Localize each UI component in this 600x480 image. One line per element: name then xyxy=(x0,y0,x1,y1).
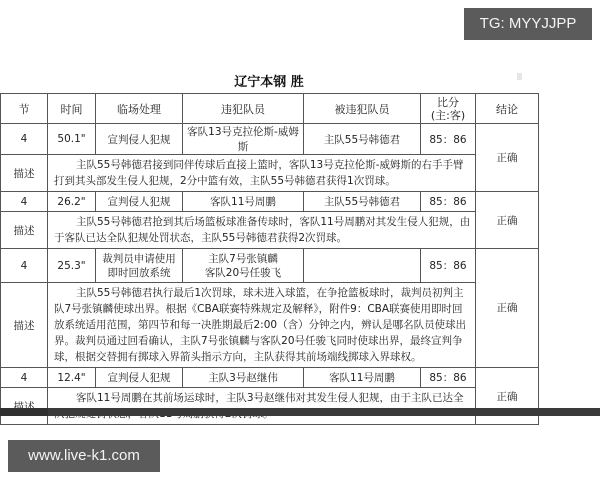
cell-verdict: 正确 xyxy=(476,249,539,368)
header-time: 时间 xyxy=(48,94,96,124)
cell-offender: 客队13号克拉伦斯-威姆斯 xyxy=(183,124,304,155)
cell-period: 4 xyxy=(1,249,48,283)
watermark-top-right: TG: MYYJJPP xyxy=(464,8,592,40)
description-row: 描述 主队55号韩德君接到同伴传球后直接上篮时，客队13号克拉伦斯-威姆斯的右手… xyxy=(1,155,539,192)
desc-text: 主队55号韩德君接到同伴传球后直接上篮时，客队13号克拉伦斯-威姆斯的右手手臂打… xyxy=(48,155,476,192)
description-row: 描述 主队55号韩德君执行最后1次罚球，球未进入球篮，在争抢篮板球时，裁判员初判… xyxy=(1,283,539,368)
cell-score: 85：86 xyxy=(421,249,476,283)
offender-line2: 客队20号任骏飞 xyxy=(205,267,281,279)
description-row: 描述 主队55号韩德君抢到其后场篮板球准备传球时，客队11号周鹏对其发生侵人犯规… xyxy=(1,212,539,249)
cell-time: 50.1" xyxy=(48,124,96,155)
cell-score: 85：86 xyxy=(421,368,476,388)
action-line1: 裁判员申请使用 xyxy=(102,253,176,265)
header-offender: 违犯队员 xyxy=(183,94,304,124)
table-row: 4 50.1" 宣判侵人犯规 客队13号克拉伦斯-威姆斯 主队55号韩德君 85… xyxy=(1,124,539,155)
desc-text: 主队55号韩德君执行最后1次罚球，球未进入球篮，在争抢篮板球时，裁判员初判主队7… xyxy=(48,283,476,368)
table-row: 4 26.2" 宣判侵人犯规 客队11号周鹏 主队55号韩德君 85：86 正确 xyxy=(1,192,539,212)
desc-label: 描述 xyxy=(1,283,48,368)
cell-action: 裁判员申请使用 即时回放系统 xyxy=(96,249,183,283)
description-row: 描述 客队11号周鹏在其前场运球时，主队3号赵继伟对其发生侵人犯规，由于主队已达… xyxy=(1,388,539,425)
bar-segment xyxy=(0,408,48,416)
cell-verdict: 正确 xyxy=(476,192,539,249)
header-period: 节 xyxy=(1,94,48,124)
desc-label: 描述 xyxy=(1,155,48,192)
cell-action: 宣判侵人犯规 xyxy=(96,124,183,155)
header-victim: 被违犯队员 xyxy=(304,94,421,124)
cell-victim: 主队55号韩德君 xyxy=(304,192,421,212)
table-row: 4 12.4" 宣判侵人犯规 主队3号赵继伟 客队11号周鹏 85：86 正确 xyxy=(1,368,539,388)
cell-victim: 主队55号韩德君 xyxy=(304,124,421,155)
desc-text: 客队11号周鹏在其前场运球时，主队3号赵继伟对其发生侵人犯规，由于主队已达全队犯… xyxy=(48,388,476,425)
action-line2: 即时回放系统 xyxy=(108,267,171,279)
header-verdict: 结论 xyxy=(476,94,539,124)
header-score: 比分 (主:客) xyxy=(421,94,476,124)
report-table: 节 时间 临场处理 违犯队员 被违犯队员 比分 (主:客) 结论 4 50.1"… xyxy=(0,93,539,425)
cell-period: 4 xyxy=(1,368,48,388)
offender-line1: 主队7号张镇麟 xyxy=(208,253,278,265)
header-row: 节 时间 临场处理 违犯队员 被违犯队员 比分 (主:客) 结论 xyxy=(1,94,539,124)
cell-victim xyxy=(304,249,421,283)
cell-offender: 主队7号张镇麟 客队20号任骏飞 xyxy=(183,249,304,283)
desc-content: 主队55号韩德君执行最后1次罚球，球未进入球篮，在争抢篮板球时，裁判员初判主队7… xyxy=(54,287,466,363)
cell-score: 85：86 xyxy=(421,192,476,212)
desc-label: 描述 xyxy=(1,212,48,249)
cell-action: 宣判侵人犯规 xyxy=(96,368,183,388)
cell-score: 85：86 xyxy=(421,124,476,155)
desc-content: 主队55号韩德君接到同伴传球后直接上篮时，客队13号克拉伦斯-威姆斯的右手手臂打… xyxy=(54,159,464,187)
cell-time: 25.3" xyxy=(48,249,96,283)
cell-offender: 主队3号赵继伟 xyxy=(183,368,304,388)
header-action: 临场处理 xyxy=(96,94,183,124)
cell-time: 26.2" xyxy=(48,192,96,212)
desc-text: 主队55号韩德君抢到其后场篮板球准备传球时，客队11号周鹏对其发生侵人犯规，由于… xyxy=(48,212,476,249)
header-score-line1: 比分 xyxy=(437,96,459,109)
cell-period: 4 xyxy=(1,124,48,155)
cell-time: 12.4" xyxy=(48,368,96,388)
cell-offender: 客队11号周鹏 xyxy=(183,192,304,212)
header-score-line2: (主:客) xyxy=(431,109,465,122)
referee-report-sheet: 辽宁本钢 胜 节 时间 临场处理 违犯队员 被违犯队员 比分 (主:客) 结论 … xyxy=(0,73,538,425)
bottom-dark-bar xyxy=(0,408,600,416)
desc-content: 主队55号韩德君抢到其后场篮板球准备传球时，客队11号周鹏对其发生侵人犯规，由于… xyxy=(54,216,470,244)
desc-label: 描述 xyxy=(1,388,48,425)
cell-action: 宣判侵人犯规 xyxy=(96,192,183,212)
watermark-bottom-left: www.live-k1.com xyxy=(8,440,160,472)
report-title: 辽宁本钢 胜 xyxy=(0,73,538,93)
cell-period: 4 xyxy=(1,192,48,212)
cell-victim: 客队11号周鹏 xyxy=(304,368,421,388)
table-row: 4 25.3" 裁判员申请使用 即时回放系统 主队7号张镇麟 客队20号任骏飞 … xyxy=(1,249,539,283)
cell-verdict: 正确 xyxy=(476,124,539,192)
